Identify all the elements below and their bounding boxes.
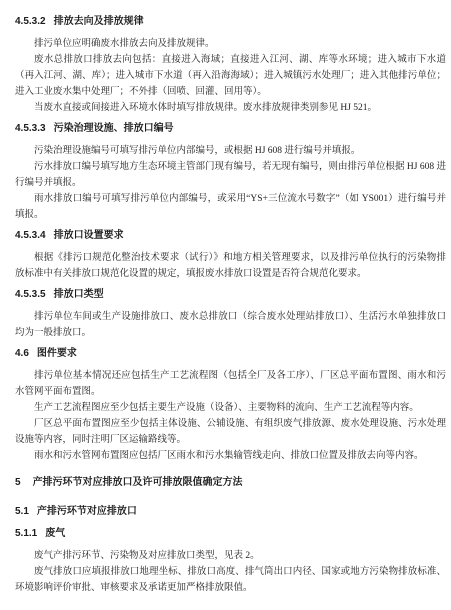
heading-title: 排放口设置要求 — [54, 230, 124, 241]
heading-4-6: 4.6图件要求 — [15, 346, 446, 362]
heading-title: 污染治理设施、排放口编号 — [54, 123, 174, 134]
heading-title: 排放去向及排放规律 — [54, 16, 144, 27]
heading-title: 排放口类型 — [54, 289, 104, 300]
document-page: 4.5.3.2排放去向及排放规律 排污单位应明确废水排放去向及排放规律。 废水总… — [0, 0, 451, 610]
paragraph: 废气排放口应填报排放口地理坐标、排放口高度、排气筒出口内径、国家或地方污染物排放… — [15, 564, 446, 596]
heading-title: 图件要求 — [37, 348, 77, 359]
paragraph: 厂区总平面布置图应至少包括主体设施、公辅设施、有组织废气排放源、废水处理设施、污… — [15, 416, 446, 448]
paragraph: 根据《排污口规范化整治技术要求（试行）》和地方相关管理要求，以及排污单位执行的污… — [15, 250, 446, 282]
heading-5-1-1: 5.1.1废气 — [15, 526, 446, 542]
paragraph: 排污单位基本情况还应包括生产工艺流程图（包括全厂及各工序）、厂区总平面布置图、雨… — [15, 368, 446, 400]
heading-number: 4.5.3.2 — [15, 14, 46, 30]
heading-title: 产排污环节对应排放口 — [37, 506, 137, 517]
paragraph: 雨水和污水管网布置图应包括厂区雨水和污水集输管线走向、排放口位置及排放去向等内容… — [15, 448, 446, 464]
paragraph: 废气产排污环节、污染物及对应排放口类型，见表 2。 — [15, 548, 446, 564]
heading-number: 4.5.3.4 — [15, 228, 46, 244]
paragraph: 雨水排放口编号可填写排污单位内部编号，或采用“YS+三位流水号数字”（如 YS0… — [15, 191, 446, 223]
paragraph: 污染治理设施编号可填写排污单位内部编号，或根据 HJ 608 进行编号并填报。 — [15, 143, 446, 159]
paragraph: 当废水直接或间接进入环境水体时填写排放规律。废水排放规律类别参见 HJ 521。 — [15, 100, 446, 116]
paragraph: 排污单位应明确废水排放去向及排放规律。 — [15, 36, 446, 52]
paragraph: 生产工艺流程图应至少包括主要生产设施（设备）、主要物料的流向、生产工艺流程等内容… — [15, 400, 446, 416]
heading-number: 5.1 — [15, 504, 29, 520]
heading-title: 废气 — [45, 528, 65, 539]
heading-4-5-3-4: 4.5.3.4排放口设置要求 — [15, 228, 446, 244]
heading-4-5-3-5: 4.5.3.5排放口类型 — [15, 287, 446, 303]
heading-number: 5 — [15, 475, 21, 491]
heading-number: 4.6 — [15, 346, 29, 362]
heading-number: 4.5.3.5 — [15, 287, 46, 303]
heading-4-5-3-3: 4.5.3.3污染治理设施、排放口编号 — [15, 121, 446, 137]
paragraph: 废水总排放口排放去向包括：直接进入海域；直接进入江河、湖、库等水环境；进入城市下… — [15, 52, 446, 100]
paragraph: 污水排放口编号填写地方生态环境主管部门现有编号，若无现有编号，则由排污单位根据 … — [15, 159, 446, 191]
paragraph: 排污单位车间或生产设施排放口、废水总排放口（综合废水处理站排放口）、生活污水单独… — [15, 309, 446, 341]
heading-number: 4.5.3.3 — [15, 121, 46, 137]
heading-4-5-3-2: 4.5.3.2排放去向及排放规律 — [15, 14, 446, 30]
heading-5-1: 5.1产排污环节对应排放口 — [15, 504, 446, 520]
heading-number: 5.1.1 — [15, 526, 37, 542]
heading-title: 产排污环节对应排放口及许可排放限值确定方法 — [33, 477, 243, 488]
document-body: 4.5.3.2排放去向及排放规律 排污单位应明确废水排放去向及排放规律。 废水总… — [15, 14, 446, 596]
heading-5: 5产排污环节对应排放口及许可排放限值确定方法 — [15, 475, 446, 491]
